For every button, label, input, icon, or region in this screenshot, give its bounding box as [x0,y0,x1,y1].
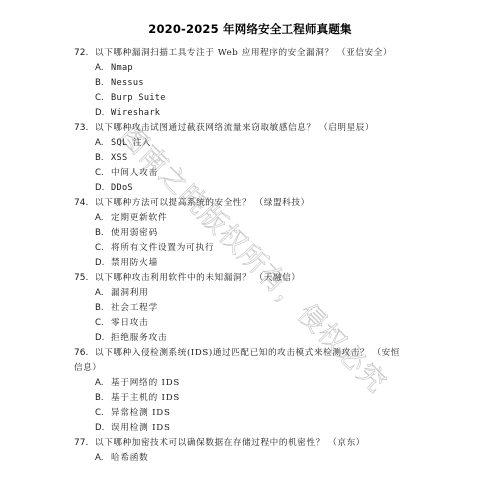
option-label: D. [95,331,111,346]
option-text: 基于网络的 IDS [111,378,180,388]
option-text: Burp Suite [111,93,166,103]
question-75: 75.以下哪种攻击利用软件中的未知漏洞？ （天融信） A.漏洞利用 B.社会工程… [74,271,414,346]
question-text: 以下哪种漏洞扫描工具专注于 Web 应用程序的安全漏洞？ （亚信安全） [95,48,392,58]
question-stem: 74.以下哪种方法可以提高系统的安全性？ （绿盟科技） [74,196,414,211]
option-a: A.漏洞利用 [74,286,414,301]
option-text: 基于主机的 IDS [111,393,180,403]
option-d: D.DDoS [74,181,414,196]
option-c: C.Burp Suite [74,91,414,106]
option-b: B.社会工程学 [74,301,414,316]
document-page: 2020-2025 年网络安全工程师真题集 72.以下哪种漏洞扫描工具专注于 W… [0,0,500,500]
option-a: A.SQL 注入 [74,136,414,151]
option-a: A.Nmap [74,61,414,76]
question-number: 74. [74,196,95,211]
option-label: C. [95,316,111,331]
option-label: D. [95,421,111,436]
option-label: B. [95,226,111,241]
option-text: 社会工程学 [111,303,158,313]
option-label: C. [95,406,111,421]
question-73: 73.以下哪种攻击试图通过截获网络流量来窃取敏感信息？ （启明星辰） A.SQL… [74,121,414,196]
option-label: A. [95,211,111,226]
option-a: A.定期更新软件 [74,211,414,226]
question-text: 以下哪种方法可以提高系统的安全性？ （绿盟科技） [95,198,310,208]
option-label: D. [95,181,111,196]
option-c: C.将所有文件设置为可执行 [74,241,414,256]
option-d: D.误用检测 IDS [74,421,414,436]
question-text: 以下哪种攻击试图通过截获网络流量来窃取敏感信息？ （启明星辰） [95,123,374,133]
option-text: 漏洞利用 [111,288,149,298]
option-d: D.Wireshark [74,106,414,121]
question-number: 76. [74,346,95,361]
question-list: 72.以下哪种漏洞扫描工具专注于 Web 应用程序的安全漏洞？ （亚信安全） A… [74,46,414,466]
option-c: C.异常检测 IDS [74,406,414,421]
option-text: 中间人攻击 [111,168,158,178]
option-text: 禁用防火墙 [111,258,158,268]
option-text: Nmap [111,63,133,73]
option-text: 异常检测 IDS [111,408,171,418]
option-text: Nessus [111,78,144,88]
option-label: B. [95,76,111,91]
option-d: D.禁用防火墙 [74,256,414,271]
question-number: 77. [74,436,95,451]
question-text: 以下哪种加密技术可以确保数据在存储过程中的机密性？ （京东） [95,438,365,448]
question-text-line1: 以下哪种入侵检测系统(IDS)通过匹配已知的攻击模式来检测攻击？ （安恒 [95,348,400,358]
question-text: 以下哪种攻击利用软件中的未知漏洞？ （天融信） [95,273,301,283]
option-b: B.Nessus [74,76,414,91]
option-text: SQL 注入 [111,138,151,148]
question-text-line2: 信息） [74,363,102,373]
option-b: B.使用弱密码 [74,226,414,241]
option-b: B.XSS [74,151,414,166]
option-label: A. [95,286,111,301]
option-label: C. [95,241,111,256]
option-text: 零日攻击 [111,318,149,328]
option-label: A. [95,451,111,466]
question-stem: 73.以下哪种攻击试图通过截获网络流量来窃取敏感信息？ （启明星辰） [74,121,414,136]
option-b: B.基于主机的 IDS [74,391,414,406]
question-stem: 77.以下哪种加密技术可以确保数据在存储过程中的机密性？ （京东） [74,436,414,451]
option-label: D. [95,256,111,271]
question-number: 72. [74,46,95,61]
option-label: A. [95,136,111,151]
option-c: C.中间人攻击 [74,166,414,181]
option-label: C. [95,166,111,181]
question-77: 77.以下哪种加密技术可以确保数据在存储过程中的机密性？ （京东） A.哈希函数 [74,436,414,466]
option-text: 将所有文件设置为可执行 [111,243,214,253]
document-title: 2020-2025 年网络安全工程师真题集 [0,21,500,37]
question-stem: 75.以下哪种攻击利用软件中的未知漏洞？ （天融信） [74,271,414,286]
question-72: 72.以下哪种漏洞扫描工具专注于 Web 应用程序的安全漏洞？ （亚信安全） A… [74,46,414,121]
option-label: B. [95,391,111,406]
option-text: 误用检测 IDS [111,423,171,433]
option-label: A. [95,376,111,391]
option-text: 拒绝服务攻击 [111,333,167,343]
question-stem: 72.以下哪种漏洞扫描工具专注于 Web 应用程序的安全漏洞？ （亚信安全） [74,46,414,61]
option-text: Wireshark [111,108,160,118]
option-text: 使用弱密码 [111,228,158,238]
option-text: 定期更新软件 [111,213,167,223]
option-label: B. [95,151,111,166]
question-number: 75. [74,271,95,286]
question-stem: 76.以下哪种入侵检测系统(IDS)通过匹配已知的攻击模式来检测攻击？ （安恒 [74,346,414,361]
option-a: A.基于网络的 IDS [74,376,414,391]
option-label: A. [95,61,111,76]
option-text: DDoS [111,183,133,193]
question-stem-continuation: 信息） [74,361,414,376]
question-number: 73. [74,121,95,136]
option-text: XSS [111,153,127,163]
option-text: 哈希函数 [111,453,149,463]
option-a: A.哈希函数 [74,451,414,466]
question-74: 74.以下哪种方法可以提高系统的安全性？ （绿盟科技） A.定期更新软件 B.使… [74,196,414,271]
option-label: B. [95,301,111,316]
option-label: C. [95,91,111,106]
option-c: C.零日攻击 [74,316,414,331]
option-label: D. [95,106,111,121]
option-d: D.拒绝服务攻击 [74,331,414,346]
question-76: 76.以下哪种入侵检测系统(IDS)通过匹配已知的攻击模式来检测攻击？ （安恒 … [74,346,414,436]
